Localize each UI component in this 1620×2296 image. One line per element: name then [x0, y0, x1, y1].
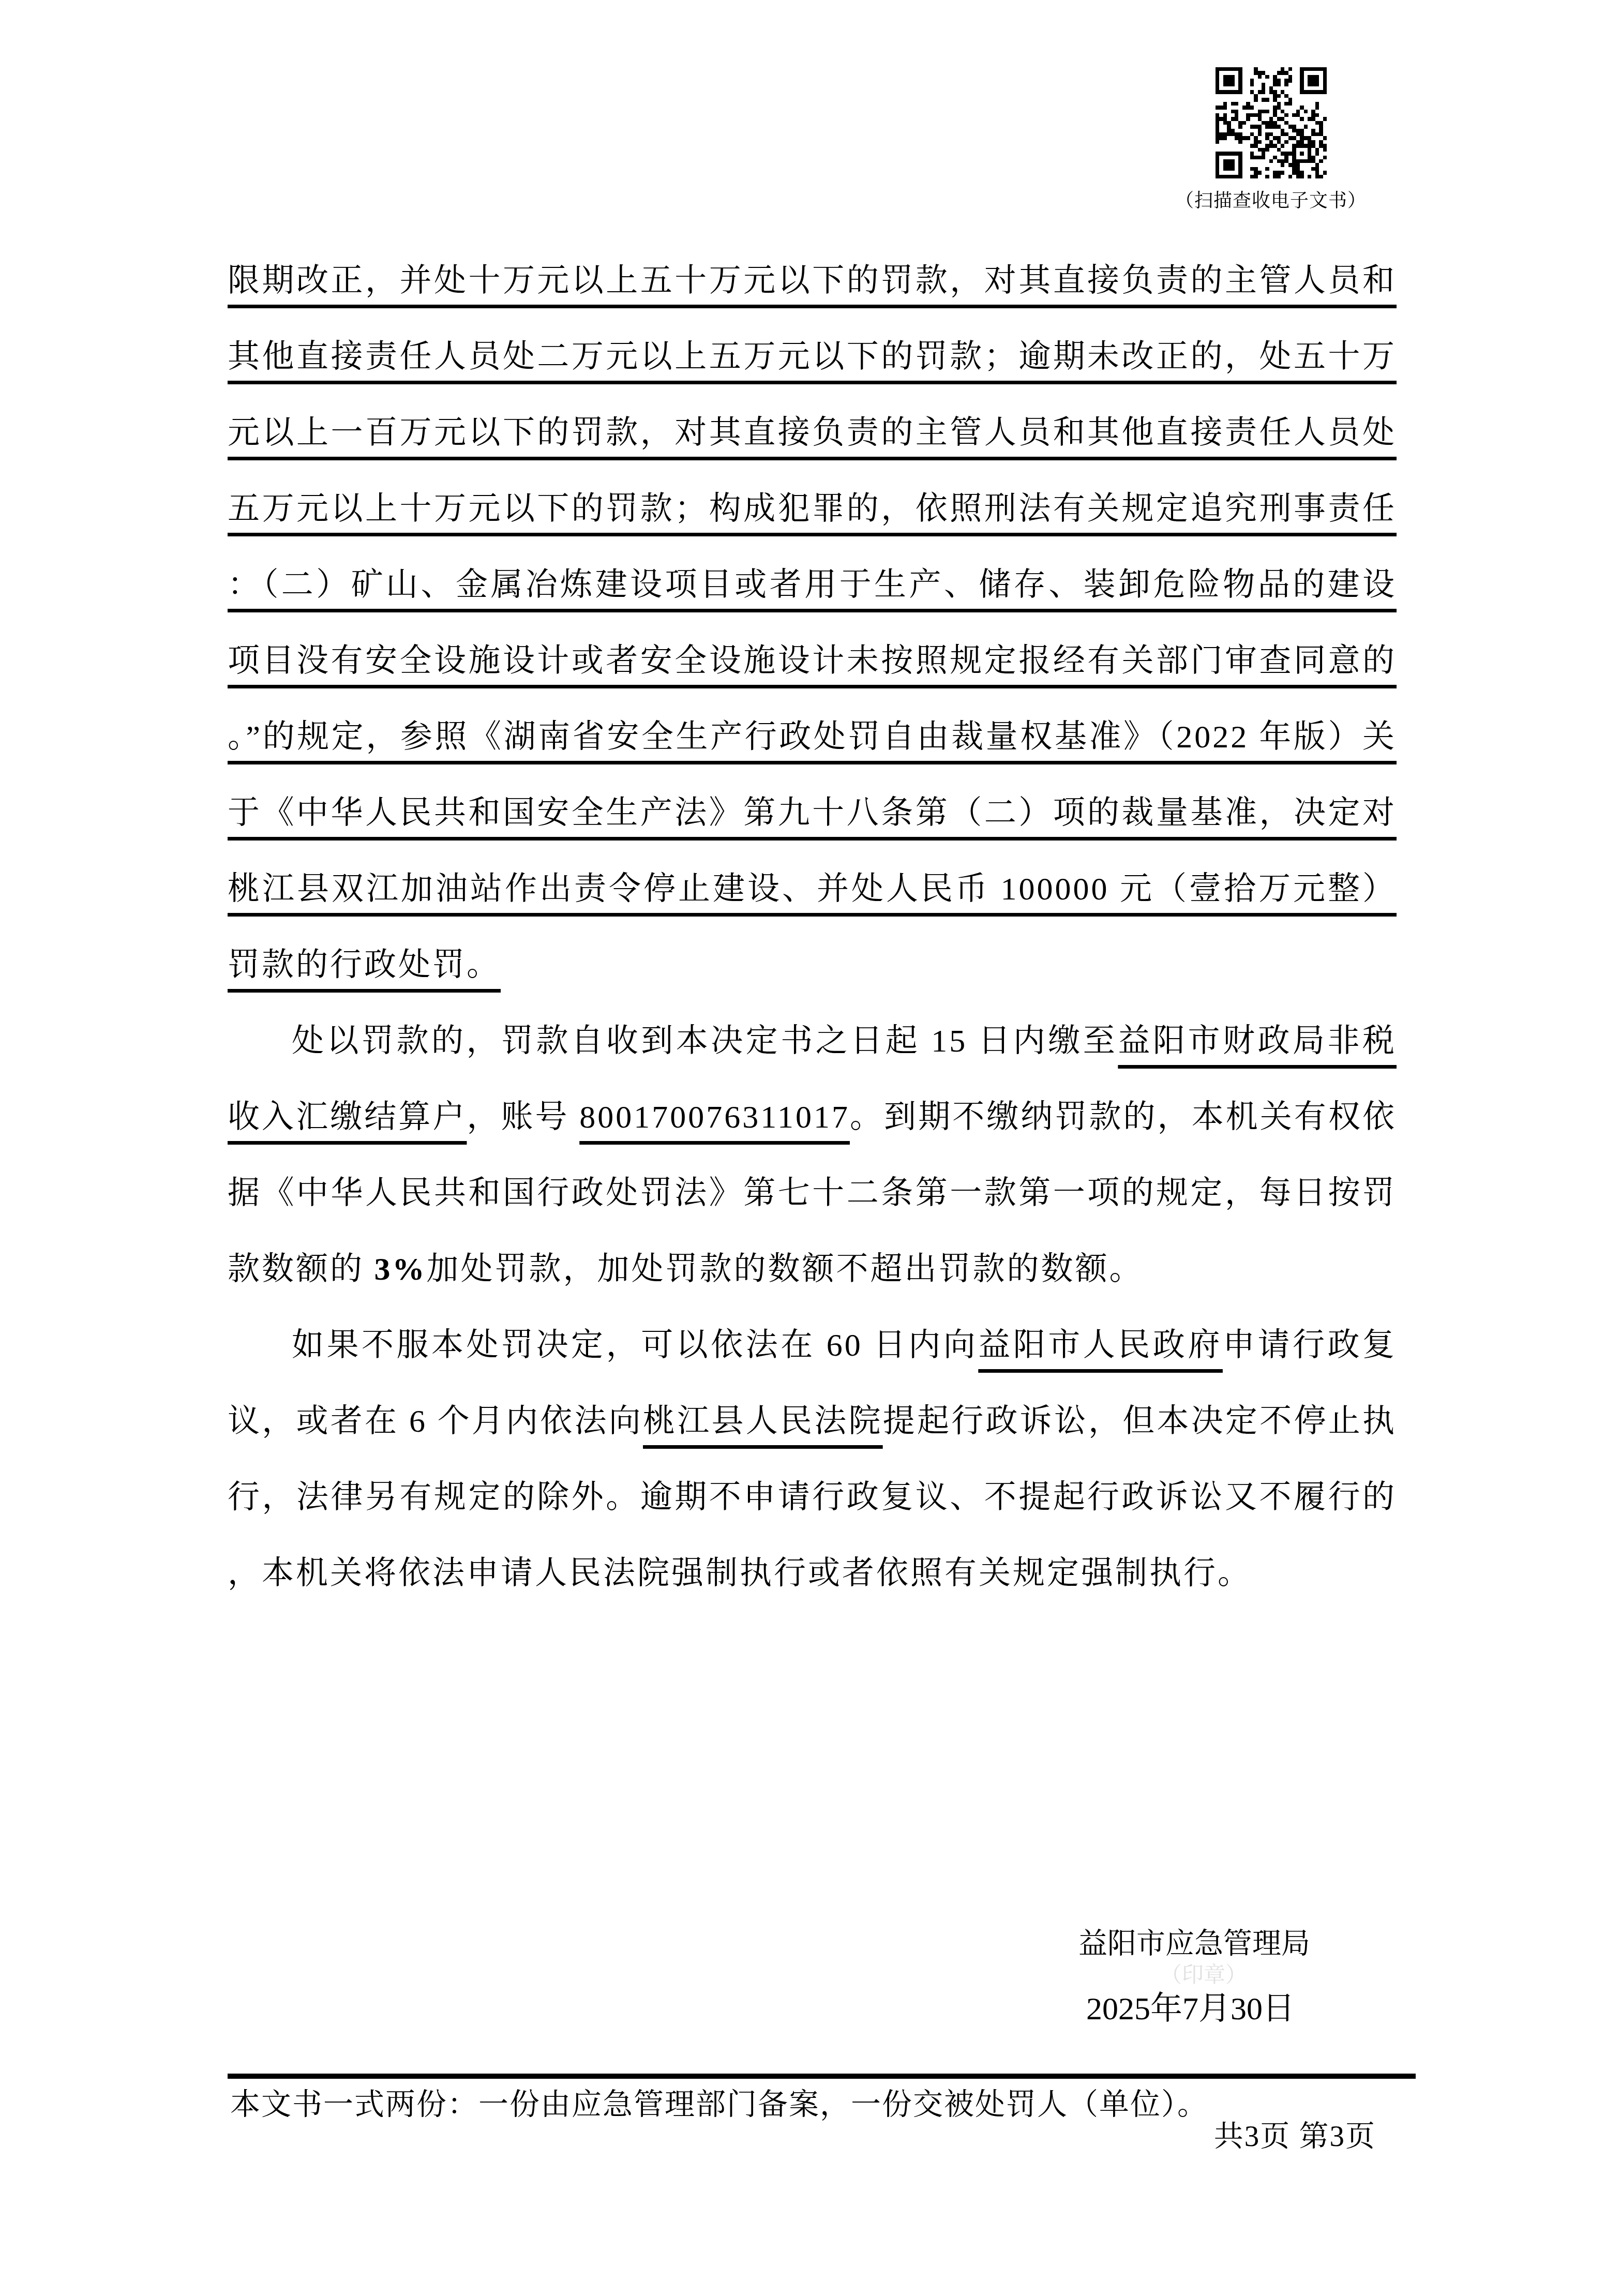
text-run: 处以罚款的，罚款自收到本决定书之日起 15 日内缴至 — [292, 1024, 1118, 1059]
seal-placeholder: （印章） — [1160, 1963, 1247, 1987]
footer-divider — [228, 2074, 1416, 2079]
bold-text-run: 3% — [374, 1252, 427, 1287]
underlined-text-run: 桃江县人民法院 — [643, 1404, 883, 1439]
document-page: （扫描查收电子文书） 限期改正，并处十万元以上五十万元以下的罚款，对其直接负责的… — [0, 0, 1620, 2296]
qr-caption: （扫描查收电子文书） — [1126, 189, 1416, 212]
underlined-text-run: 800170076311017 — [579, 1100, 850, 1135]
paragraph-payment-instructions: 处以罚款的，罚款自收到本决定书之日起 15 日内缴至益阳市财政局非税收入汇缴结算… — [228, 1003, 1397, 1308]
text-run: ，账号 — [467, 1100, 579, 1135]
underlined-text-run: 限期改正，并处十万元以上五十万元以下的罚款，对其直接负责的主管人员和其他直接责任… — [228, 263, 1397, 983]
underlined-text-run: 益阳市人民政府 — [978, 1328, 1223, 1363]
document-body: 限期改正，并处十万元以上五十万元以下的罚款，对其直接负责的主管人员和其他直接责任… — [228, 243, 1397, 1612]
paragraph-appeal-rights: 如果不服本处罚决定，可以依法在 60 日内向益阳市人民政府申请行政复议，或者在 … — [228, 1308, 1397, 1612]
page-number: 共3页 第3页 — [931, 2120, 1376, 2154]
text-run: 如果不服本处罚决定，可以依法在 60 日内向 — [292, 1328, 978, 1363]
paragraph-penalty-decision: 限期改正，并处十万元以上五十万元以下的罚款，对其直接负责的主管人员和其他直接责任… — [228, 243, 1397, 1003]
signature-date: 2025年7月30日 — [1086, 1991, 1295, 2027]
qr-code — [1216, 67, 1327, 178]
signature-agency: 益阳市应急管理局 — [1078, 1928, 1310, 1959]
footer-note: 本文书一式两份：一份由应急管理部门备案，一份交被处罚人（单位）。 — [230, 2088, 1399, 2122]
text-run: 加处罚款，加处罚款的数额不超出罚款的数额。 — [427, 1252, 1144, 1287]
